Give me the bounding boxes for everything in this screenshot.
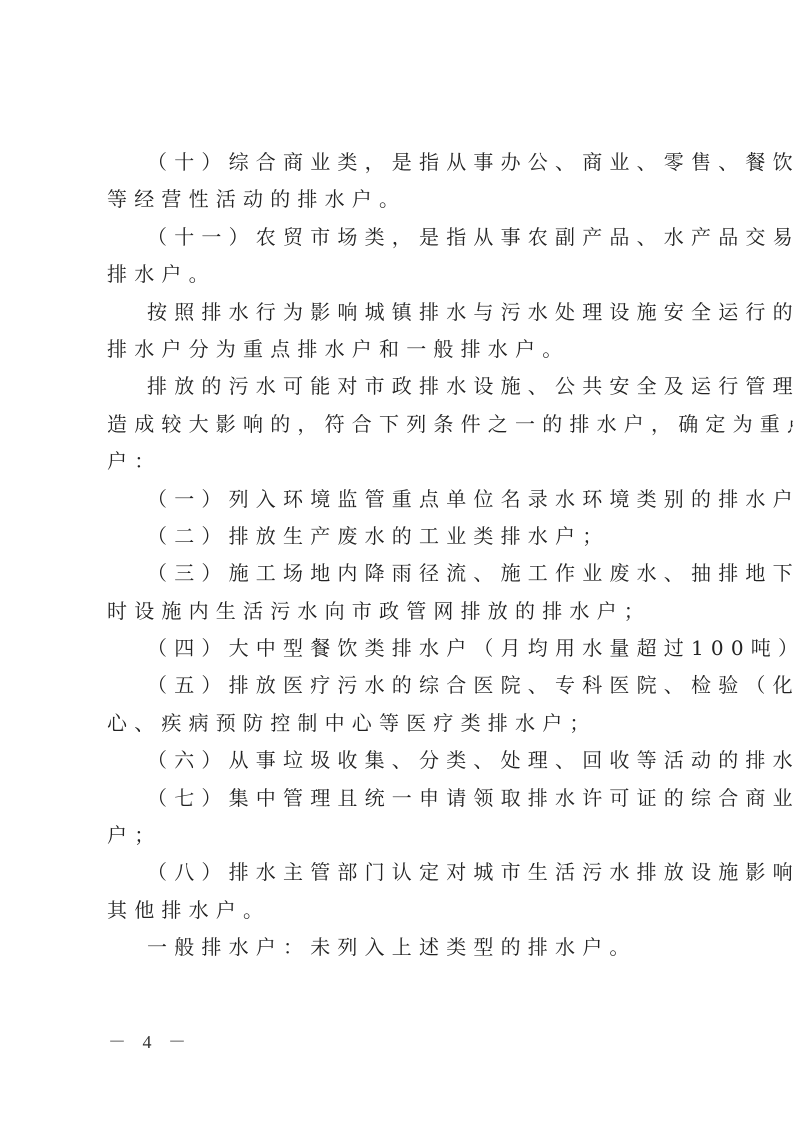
paragraph-line: 一般排水户：未列入上述类型的排水户。 xyxy=(107,929,707,966)
paragraph-line: 排放的污水可能对市政排水设施、公共安全及运行管理人员 xyxy=(107,368,707,405)
paragraph-line: （十）综合商业类，是指从事办公、商业、零售、餐饮、娱乐 xyxy=(107,144,707,181)
document-page: （十）综合商业类，是指从事办公、商业、零售、餐饮、娱乐 等经营性活动的排水户。 … xyxy=(0,0,793,1121)
body-text: （十）综合商业类，是指从事办公、商业、零售、餐饮、娱乐 等经营性活动的排水户。 … xyxy=(107,144,707,967)
paragraph-line: 按照排水行为影响城镇排水与污水处理设施安全运行的程度， xyxy=(107,294,707,331)
page-number: － 4 － xyxy=(108,1028,192,1054)
list-item: （八）排水主管部门认定对城市生活污水排放设施影响较大的 xyxy=(107,854,707,891)
list-item: （一）列入环境监管重点单位名录水环境类别的排水户； xyxy=(107,481,707,518)
list-item: （三）施工场地内降雨径流、施工作业废水、抽排地下水及临 xyxy=(107,555,707,592)
paragraph-line: 等经营性活动的排水户。 xyxy=(107,181,707,218)
paragraph-line: （十一）农贸市场类，是指从事农副产品、水产品交易活动的 xyxy=(107,219,707,256)
list-item: （七）集中管理且统一申请领取排水许可证的综合商业类排水 xyxy=(107,780,707,817)
list-item-continuation: 心、疾病预防控制中心等医疗类排水户； xyxy=(107,705,707,742)
paragraph-line: 排水户。 xyxy=(107,256,707,293)
paragraph-line: 排水户分为重点排水户和一般排水户。 xyxy=(107,331,707,368)
list-item: （二）排放生产废水的工业类排水户； xyxy=(107,518,707,555)
list-item-continuation: 户； xyxy=(107,817,707,854)
paragraph-line: 户： xyxy=(107,443,707,480)
paragraph-line: 造成较大影响的，符合下列条件之一的排水户，确定为重点排水 xyxy=(107,406,707,443)
list-item-continuation: 时设施内生活污水向市政管网排放的排水户； xyxy=(107,593,707,630)
list-item-continuation: 其他排水户。 xyxy=(107,892,707,929)
list-item: （五）排放医疗污水的综合医院、专科医院、检验（化验）中 xyxy=(107,667,707,704)
list-item: （六）从事垃圾收集、分类、处理、回收等活动的排水户； xyxy=(107,742,707,779)
list-item: （四）大中型餐饮类排水户（月均用水量超过100吨）； xyxy=(107,630,707,667)
